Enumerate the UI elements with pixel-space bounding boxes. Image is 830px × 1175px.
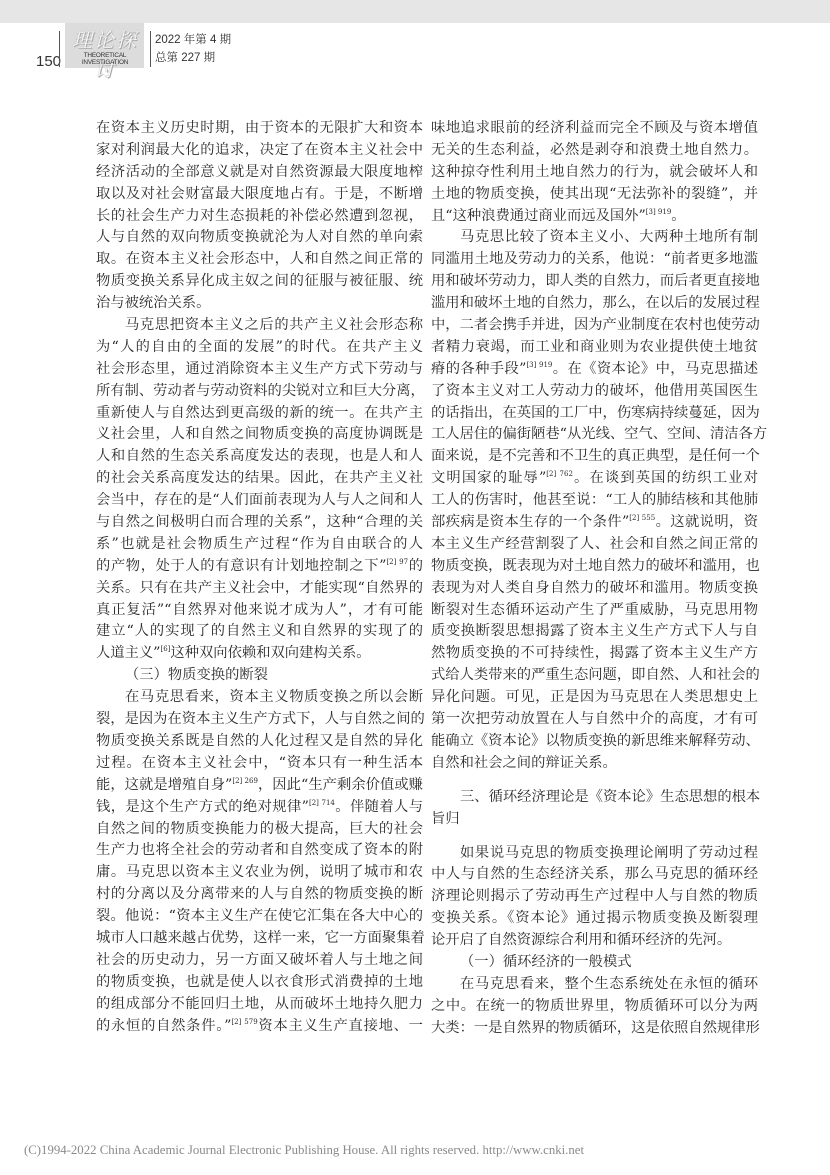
text-line: 与自然之间极明白而合理的关系”，这种“合理的关 xyxy=(96,512,423,534)
text-line: 面来说，是不完善和不卫生的真正典型，是任何一个 xyxy=(431,446,758,468)
journal-logo: 理论探讨 THEORETICAL INVESTIGATION xyxy=(65,23,144,68)
text-line: 如果说马克思的物质变换理论阐明了劳动过程 xyxy=(431,843,758,865)
text-line: 在马克思看来，资本主义物质变换之所以会断 xyxy=(96,687,423,709)
line-text: 在资本主义历史时期，由于资本的无限扩大和资本 xyxy=(96,120,423,136)
line-text: 。伴随着人与 xyxy=(335,799,423,815)
line-text: 裂，是因为在资本主义生产方式下，人与自然之间的 xyxy=(96,711,425,727)
line-text: 者精力衰竭，而工业和商业则为农业提供使土地贫 xyxy=(431,339,758,355)
line-text: 工人的伤害时，他甚至说：“工人的肺结核和其他肺 xyxy=(431,492,758,508)
line-text: 质变换断裂思想揭露了资本主义生产方式下人与自 xyxy=(431,623,758,639)
text-line: 过程。在资本主义社会中，“资本只有一种生活本 xyxy=(96,753,423,775)
text-line: 且“这种浪费通过商业而远及国外”[3] 919。 xyxy=(431,206,758,228)
text-line: 的话指出，在英国的工厂中，伤寒病持续蔓延，因为 xyxy=(431,403,758,425)
line-text: （一）循环经济的一般模式 xyxy=(460,954,632,970)
line-text: 这种双向依赖和双向建构关系。 xyxy=(170,645,370,661)
text-line: 物质变换，既表现为对土地自然力的破坏和滥用，也 xyxy=(431,556,758,578)
line-text: 物质变换关系异化成主奴之间的征服与被征服、统 xyxy=(96,273,423,289)
line-text: 社会形态里，通过消除资本主义生产方式下劳动与 xyxy=(96,361,423,377)
citation-reference: [2] 555 xyxy=(629,514,655,522)
text-line: 重新使人与自然达到更高级的新的统一。在共产主 xyxy=(96,403,423,425)
text-line: 了资本主义对工人劳动力的破坏，他借用英国医生 xyxy=(431,381,758,403)
line-text: 家对利润最大化的追求，决定了在资本主义社会中 xyxy=(96,142,423,158)
text-line: 真正复活”“自然界对他来说才成为人”，才有可能 xyxy=(96,600,423,622)
issue-year-number: 2022 年第 4 期 xyxy=(155,31,231,47)
line-text: 与自然之间极明白而合理的关系”，这种“合理的关 xyxy=(96,514,423,530)
line-text: 能，这就是增殖自身” xyxy=(96,777,232,793)
line-text: 大类：一是自然界的物质循环，这是依照自然规律形 xyxy=(431,1020,760,1036)
text-line: 城市人口越来越占优势，这样一来，它一方面聚集着 xyxy=(96,928,423,950)
journal-header: 150 理论探讨 THEORETICAL INVESTIGATION 2022 … xyxy=(0,23,830,68)
header-divider xyxy=(150,31,151,67)
line-text: 资本主义生产直接地、一 xyxy=(258,1018,423,1034)
line-text: 中，二者会携手并进，因为产业制度在农村也使劳动 xyxy=(431,317,760,333)
text-line: 的产物，处于人的有意识有计划地控制之下”[2] 97的 xyxy=(96,556,423,578)
right-text-column: 味地追求眼前的经济利益而完全不顾及与资本增值无关的生态利益，必然是剥夺和浪费土地… xyxy=(431,118,758,1040)
text-line: 关系。只有在共产主义社会中，才能实现“自然界的 xyxy=(96,578,423,600)
line-text: 三、循环经济理论是《资本论》生态思想的根本 xyxy=(460,789,760,805)
text-line: （三）物质变换的断裂 xyxy=(96,665,423,687)
line-text: （三）物质变换的断裂 xyxy=(125,667,268,683)
citation-reference: [2] 579 xyxy=(231,1018,257,1026)
text-line: 所有制、劳动者与劳动资料的尖锐对立和巨大分离， xyxy=(96,381,423,403)
citation-reference: [2] 269 xyxy=(232,777,258,785)
text-line: 取以及对社会财富最大限度地占有。于是，不断增 xyxy=(96,184,423,206)
line-text: 式给人类带来的严重生态问题，即自然、人和社会的 xyxy=(431,667,760,683)
text-line: 治与被统治关系。 xyxy=(96,293,423,315)
text-line: 的组成部分不能回归土地，从而破坏土地持久肥力 xyxy=(96,994,423,1016)
line-text: 所有制、劳动者与劳动资料的尖锐对立和巨大分离， xyxy=(96,383,425,399)
text-line: （一）循环经济的一般模式 xyxy=(431,952,758,974)
text-line: 为“人的自由的全面的发展”的时代。在共产主义 xyxy=(96,337,423,359)
line-text: 。在《资本论》中，马克思描述 xyxy=(552,361,758,377)
line-text: 生产力也将全社会的劳动者和自然变成了资本的附 xyxy=(96,842,423,858)
text-line: 社会形态里，通过消除资本主义生产方式下劳动与 xyxy=(96,359,423,381)
line-text: 系”也就是社会物质生产过程“作为自由联合的人 xyxy=(96,536,423,552)
line-text: 。 xyxy=(671,208,685,224)
text-line: 系”也就是社会物质生产过程“作为自由联合的人 xyxy=(96,534,423,556)
section-heading-line: 旨归 xyxy=(431,809,758,831)
text-line: 人道主义”[6]这种双向依赖和双向建构关系。 xyxy=(96,643,423,665)
line-text: 治与被统治关系。 xyxy=(96,295,210,311)
header-divider xyxy=(59,31,60,67)
text-line: 自然之间的物质变换能力的极大提高，巨大的社会 xyxy=(96,819,423,841)
text-line: 表现为对人类自身自然力的破坏和滥用。物质变换 xyxy=(431,578,758,600)
line-text: 的组成部分不能回归土地，从而破坏土地持久肥力 xyxy=(96,996,423,1012)
text-line: 式给人类带来的严重生态问题，即自然、人和社会的 xyxy=(431,665,758,687)
text-line: 马克思把资本主义之后的共产主义社会形态称 xyxy=(96,315,423,337)
citation-reference: [3] 919 xyxy=(646,208,672,216)
line-text: 城市人口越来越占优势，这样一来，它一方面聚集着 xyxy=(96,930,425,946)
text-line: 长的社会生产力对生态损耗的补偿必然遭到忽视， xyxy=(96,206,423,228)
text-line: 滥用和破坏土地的自然力，那么，在以后的发展过程 xyxy=(431,293,758,315)
text-line: 用和破坏劳动力，即人类的自然力，而后者更直接地 xyxy=(431,271,758,293)
text-line: 经济活动的全部意义就是对自然资源最大限度地榨 xyxy=(96,162,423,184)
line-text: 的 xyxy=(408,558,423,574)
line-text: 本主义生产经营割裂了人、社会和自然之间正常的 xyxy=(431,536,758,552)
line-text: 自然和社会之间的辩证关系。 xyxy=(431,755,617,771)
line-text: 旨归 xyxy=(431,811,460,827)
line-text: 工人居住的偏街陋巷“从光线、空气、空间、清洁各方 xyxy=(431,426,767,442)
text-line: 工人居住的偏街陋巷“从光线、空气、空间、清洁各方 xyxy=(431,424,758,446)
line-text: 为“人的自由的全面的发展”的时代。在共产主义 xyxy=(96,339,423,355)
text-line: 能确立《资本论》以物质变换的新思维来解释劳动、 xyxy=(431,731,758,753)
line-text: 能确立《资本论》以物质变换的新思维来解释劳动、 xyxy=(431,733,760,749)
line-text: 之中。在统一的物质世界里，物质循环可以分为两 xyxy=(431,998,758,1014)
text-line: 变换关系。《资本论》通过揭示物质变换及断裂理 xyxy=(431,908,758,930)
text-line: 中，二者会携手并进，因为产业制度在农村也使劳动 xyxy=(431,315,758,337)
line-text: 社会的历史动力，另一方面又破坏着人与土地之间 xyxy=(96,952,423,968)
line-text: 的社会关系高度发达的结果。因此，在共产主义社 xyxy=(96,470,423,486)
text-line: 济理论则揭示了劳动再生产过程中人与自然的物质 xyxy=(431,886,758,908)
line-text: 的物质变换，也就是使人以衣食形式消费掉的土地 xyxy=(96,974,423,990)
line-text: 论开启了自然资源综合利用和循环经济的先河。 xyxy=(431,932,731,948)
line-text: 村的分离以及分离带来的人与自然的物质变换的断 xyxy=(96,886,423,902)
text-line: 庸。马克思以资本主义农业为例，说明了城市和农 xyxy=(96,862,423,884)
line-text: 用和破坏劳动力，即人类的自然力，而后者更直接地 xyxy=(431,273,760,289)
text-line: 生产力也将全社会的劳动者和自然变成了资本的附 xyxy=(96,840,423,862)
line-text: 的永恒的自然条件。” xyxy=(96,1018,231,1034)
text-line: 人与自然的双向物质变换就沦为人对自然的单向索 xyxy=(96,227,423,249)
text-line: 无关的生态利益，必然是剥夺和浪费土地自然力。 xyxy=(431,140,758,162)
line-text: 变换关系。《资本论》通过揭示物质变换及断裂理 xyxy=(431,910,758,926)
line-text: 济理论则揭示了劳动再生产过程中人与自然的物质 xyxy=(431,888,758,904)
line-text: 面来说，是不完善和不卫生的真正典型，是任何一个 xyxy=(431,448,760,464)
text-line: 取。在资本主义社会形态中，人和自然之间正常的 xyxy=(96,249,423,271)
text-line: 会当中，存在的是“人们面前表现为人与人之间和人 xyxy=(96,490,423,512)
line-text: 物质变换关系既是自然的人化过程又是自然的异化 xyxy=(96,733,423,749)
citation-reference: [2] 97 xyxy=(386,558,408,566)
line-text: 经济活动的全部意义就是对自然资源最大限度地榨 xyxy=(96,164,423,180)
text-line: 断裂对生态循环运动产生了严重威胁，马克思用物 xyxy=(431,600,758,622)
line-text: 滥用和破坏土地的自然力，那么，在以后的发展过程 xyxy=(431,295,760,311)
line-text: 关系。只有在共产主义社会中，才能实现“自然界的 xyxy=(96,580,423,596)
line-text: 部疾病是资本生存的一个条件” xyxy=(431,514,629,530)
text-line: 这种掠夺性利用土地自然力的行为，就会破坏人和 xyxy=(431,162,758,184)
text-line: 者精力衰竭，而工业和商业则为农业提供使土地贫 xyxy=(431,337,758,359)
line-text: 无关的生态利益，必然是剥夺和浪费土地自然力。 xyxy=(431,142,758,158)
text-line: 的物质变换，也就是使人以衣食形式消费掉的土地 xyxy=(96,972,423,994)
line-text: 义社会里，人和自然之间物质变换的高度协调既是 xyxy=(96,426,423,442)
line-text: 。这就说明，资 xyxy=(655,514,758,530)
text-line: 建立“人的实现了的自然主义和自然界的实现了的 xyxy=(96,621,423,643)
citation-reference: [6] xyxy=(161,645,171,653)
line-text: 然物质变换的不可持续性，揭露了资本主义生产方 xyxy=(431,645,758,661)
text-line: 同滥用土地及劳动力的关系，他说：“前者更多地滥 xyxy=(431,249,758,271)
journal-name-en: THEORETICAL INVESTIGATION xyxy=(67,52,143,66)
line-text: 钱，是这个生产方式的绝对规律” xyxy=(96,799,309,815)
line-text: 马克思比较了资本主义小、大两种土地所有制 xyxy=(460,229,758,245)
text-line: 义社会里，人和自然之间物质变换的高度协调既是 xyxy=(96,424,423,446)
text-line: 异化问题。可见，正是因为马克思在人类思想史上 xyxy=(431,687,758,709)
line-text: 土地的物质变换，使其出现“无法弥补的裂缝”，并 xyxy=(431,186,758,202)
text-line: 家对利润最大化的追求，决定了在资本主义社会中 xyxy=(96,140,423,162)
issue-total-number: 总第 227 期 xyxy=(155,49,215,65)
text-line: 在资本主义历史时期，由于资本的无限扩大和资本 xyxy=(96,118,423,140)
text-line: 工人的伤害时，他甚至说：“工人的肺结核和其他肺 xyxy=(431,490,758,512)
text-line: 在马克思看来，整个生态系统处在永恒的循环 xyxy=(431,974,758,996)
copyright-footer: (C)1994-2022 China Academic Journal Elec… xyxy=(24,1143,584,1158)
text-line: 裂。他说：“资本主义生产在使它汇集在各大中心的 xyxy=(96,906,423,928)
line-text: 自然之间的物质变换能力的极大提高，巨大的社会 xyxy=(96,821,423,837)
line-text: 异化问题。可见，正是因为马克思在人类思想史上 xyxy=(431,689,758,705)
line-text: 物质变换，既表现为对土地自然力的破坏和滥用，也 xyxy=(431,558,760,574)
line-text: 的话指出，在英国的工厂中，伤寒病持续蔓延，因为 xyxy=(431,405,760,421)
line-text: 会当中，存在的是“人们面前表现为人与人之间和人 xyxy=(96,492,423,508)
text-line: 然物质变换的不可持续性，揭露了资本主义生产方 xyxy=(431,643,758,665)
section-heading-line: 三、循环经济理论是《资本论》生态思想的根本 xyxy=(431,787,758,809)
text-line: 之中。在统一的物质世界里，物质循环可以分为两 xyxy=(431,996,758,1018)
line-text: 这种掠夺性利用土地自然力的行为，就会破坏人和 xyxy=(431,164,758,180)
line-text: 庸。马克思以资本主义农业为例，说明了城市和农 xyxy=(96,864,423,880)
line-text: 人与自然的双向物质变换就沦为人对自然的单向索 xyxy=(96,229,423,245)
text-line: 自然和社会之间的辩证关系。 xyxy=(431,753,758,775)
line-text: 取。在资本主义社会形态中，人和自然之间正常的 xyxy=(96,251,423,267)
text-line: 第一次把劳动放置在人与自然中介的高度，才有可 xyxy=(431,709,758,731)
text-line: 中人与自然的生态经济关系，那么马克思的循环经 xyxy=(431,864,758,886)
line-text: 在马克思看来，整个生态系统处在永恒的循环 xyxy=(460,976,758,992)
line-text: 第一次把劳动放置在人与自然中介的高度，才有可 xyxy=(431,711,758,727)
text-line: 本主义生产经营割裂了人、社会和自然之间正常的 xyxy=(431,534,758,556)
line-text: 取以及对社会财富最大限度地占有。于是，不断增 xyxy=(96,186,423,202)
line-text: 真正复活”“自然界对他来说才成为人”，才有可能 xyxy=(96,602,423,618)
line-text: 人和自然的生态关系高度发达的表现，也是人和人 xyxy=(96,448,423,464)
text-line: 能，这就是增殖自身”[2] 269，因此“生产剩余价值或赚 xyxy=(96,775,423,797)
text-line: 裂，是因为在资本主义生产方式下，人与自然之间的 xyxy=(96,709,423,731)
line-text: 中人与自然的生态经济关系，那么马克思的循环经 xyxy=(431,866,758,882)
line-text: 瘠的各种手段” xyxy=(431,361,526,377)
text-line: 部疾病是资本生存的一个条件”[2] 555。这就说明，资 xyxy=(431,512,758,534)
line-text: 断裂对生态循环运动产生了严重威胁，马克思用物 xyxy=(431,602,758,618)
line-text: 文明国家的耻辱” xyxy=(431,470,546,486)
text-line: 大类：一是自然界的物质循环，这是依照自然规律形 xyxy=(431,1018,758,1040)
top-gray-band xyxy=(0,0,830,23)
text-line: 的社会关系高度发达的结果。因此，在共产主义社 xyxy=(96,468,423,490)
text-line: 村的分离以及分离带来的人与自然的物质变换的断 xyxy=(96,884,423,906)
citation-reference: [2] 762 xyxy=(546,470,573,478)
text-line: 物质变换关系既是自然的人化过程又是自然的异化 xyxy=(96,731,423,753)
line-text: 味地追求眼前的经济利益而完全不顾及与资本增值 xyxy=(431,120,758,136)
line-text: 同滥用土地及劳动力的关系，他说：“前者更多地滥 xyxy=(431,251,758,267)
line-text: 如果说马克思的物质变换理论阐明了劳动过程 xyxy=(460,845,758,861)
line-text: 表现为对人类自身自然力的破坏和滥用。物质变换 xyxy=(431,580,758,596)
text-line: 文明国家的耻辱”[2] 762。在谈到英国的纺织工业对 xyxy=(431,468,758,490)
line-text: 重新使人与自然达到更高级的新的统一。在共产主 xyxy=(96,405,423,421)
line-text: 的产物，处于人的有意识有计划地控制之下” xyxy=(96,558,386,574)
text-line: 人和自然的生态关系高度发达的表现，也是人和人 xyxy=(96,446,423,468)
text-line: 的永恒的自然条件。”[2] 579资本主义生产直接地、一 xyxy=(96,1016,423,1038)
text-line: 物质变换关系异化成主奴之间的征服与被征服、统 xyxy=(96,271,423,293)
text-line: 土地的物质变换，使其出现“无法弥补的裂缝”，并 xyxy=(431,184,758,206)
text-line: 马克思比较了资本主义小、大两种土地所有制 xyxy=(431,227,758,249)
line-text: 人道主义” xyxy=(96,645,161,661)
line-text: 马克思把资本主义之后的共产主义社会形态称 xyxy=(125,317,423,333)
line-text: 长的社会生产力对生态损耗的补偿必然遭到忽视， xyxy=(96,208,423,224)
text-line: 味地追求眼前的经济利益而完全不顾及与资本增值 xyxy=(431,118,758,140)
line-text: 过程。在资本主义社会中，“资本只有一种生活本 xyxy=(96,755,423,771)
left-text-column: 在资本主义历史时期，由于资本的无限扩大和资本家对利润最大化的追求，决定了在资本主… xyxy=(96,118,423,1037)
page-number: 150 xyxy=(36,53,61,70)
text-line: 论开启了自然资源综合利用和循环经济的先河。 xyxy=(431,930,758,952)
text-line: 瘠的各种手段”[3] 919。在《资本论》中，马克思描述 xyxy=(431,359,758,381)
line-text: 了资本主义对工人劳动力的破坏，他借用英国医生 xyxy=(431,383,758,399)
section-gap xyxy=(431,775,758,787)
line-text: 。在谈到英国的纺织工业对 xyxy=(573,470,758,486)
text-line: 质变换断裂思想揭露了资本主义生产方式下人与自 xyxy=(431,621,758,643)
line-text: 裂。他说：“资本主义生产在使它汇集在各大中心的 xyxy=(96,908,423,924)
line-text: 且“这种浪费通过商业而远及国外” xyxy=(431,208,646,224)
citation-reference: [3] 919 xyxy=(526,361,552,369)
text-line: 钱，是这个生产方式的绝对规律”[2] 714。伴随着人与 xyxy=(96,797,423,819)
citation-reference: [2] 714 xyxy=(309,799,335,807)
line-text: ，因此“生产剩余价值或赚 xyxy=(258,777,423,793)
line-text: 在马克思看来，资本主义物质变换之所以会断 xyxy=(125,689,423,705)
section-gap xyxy=(431,831,758,843)
line-text: 建立“人的实现了的自然主义和自然界的实现了的 xyxy=(96,623,423,639)
text-line: 社会的历史动力，另一方面又破坏着人与土地之间 xyxy=(96,950,423,972)
